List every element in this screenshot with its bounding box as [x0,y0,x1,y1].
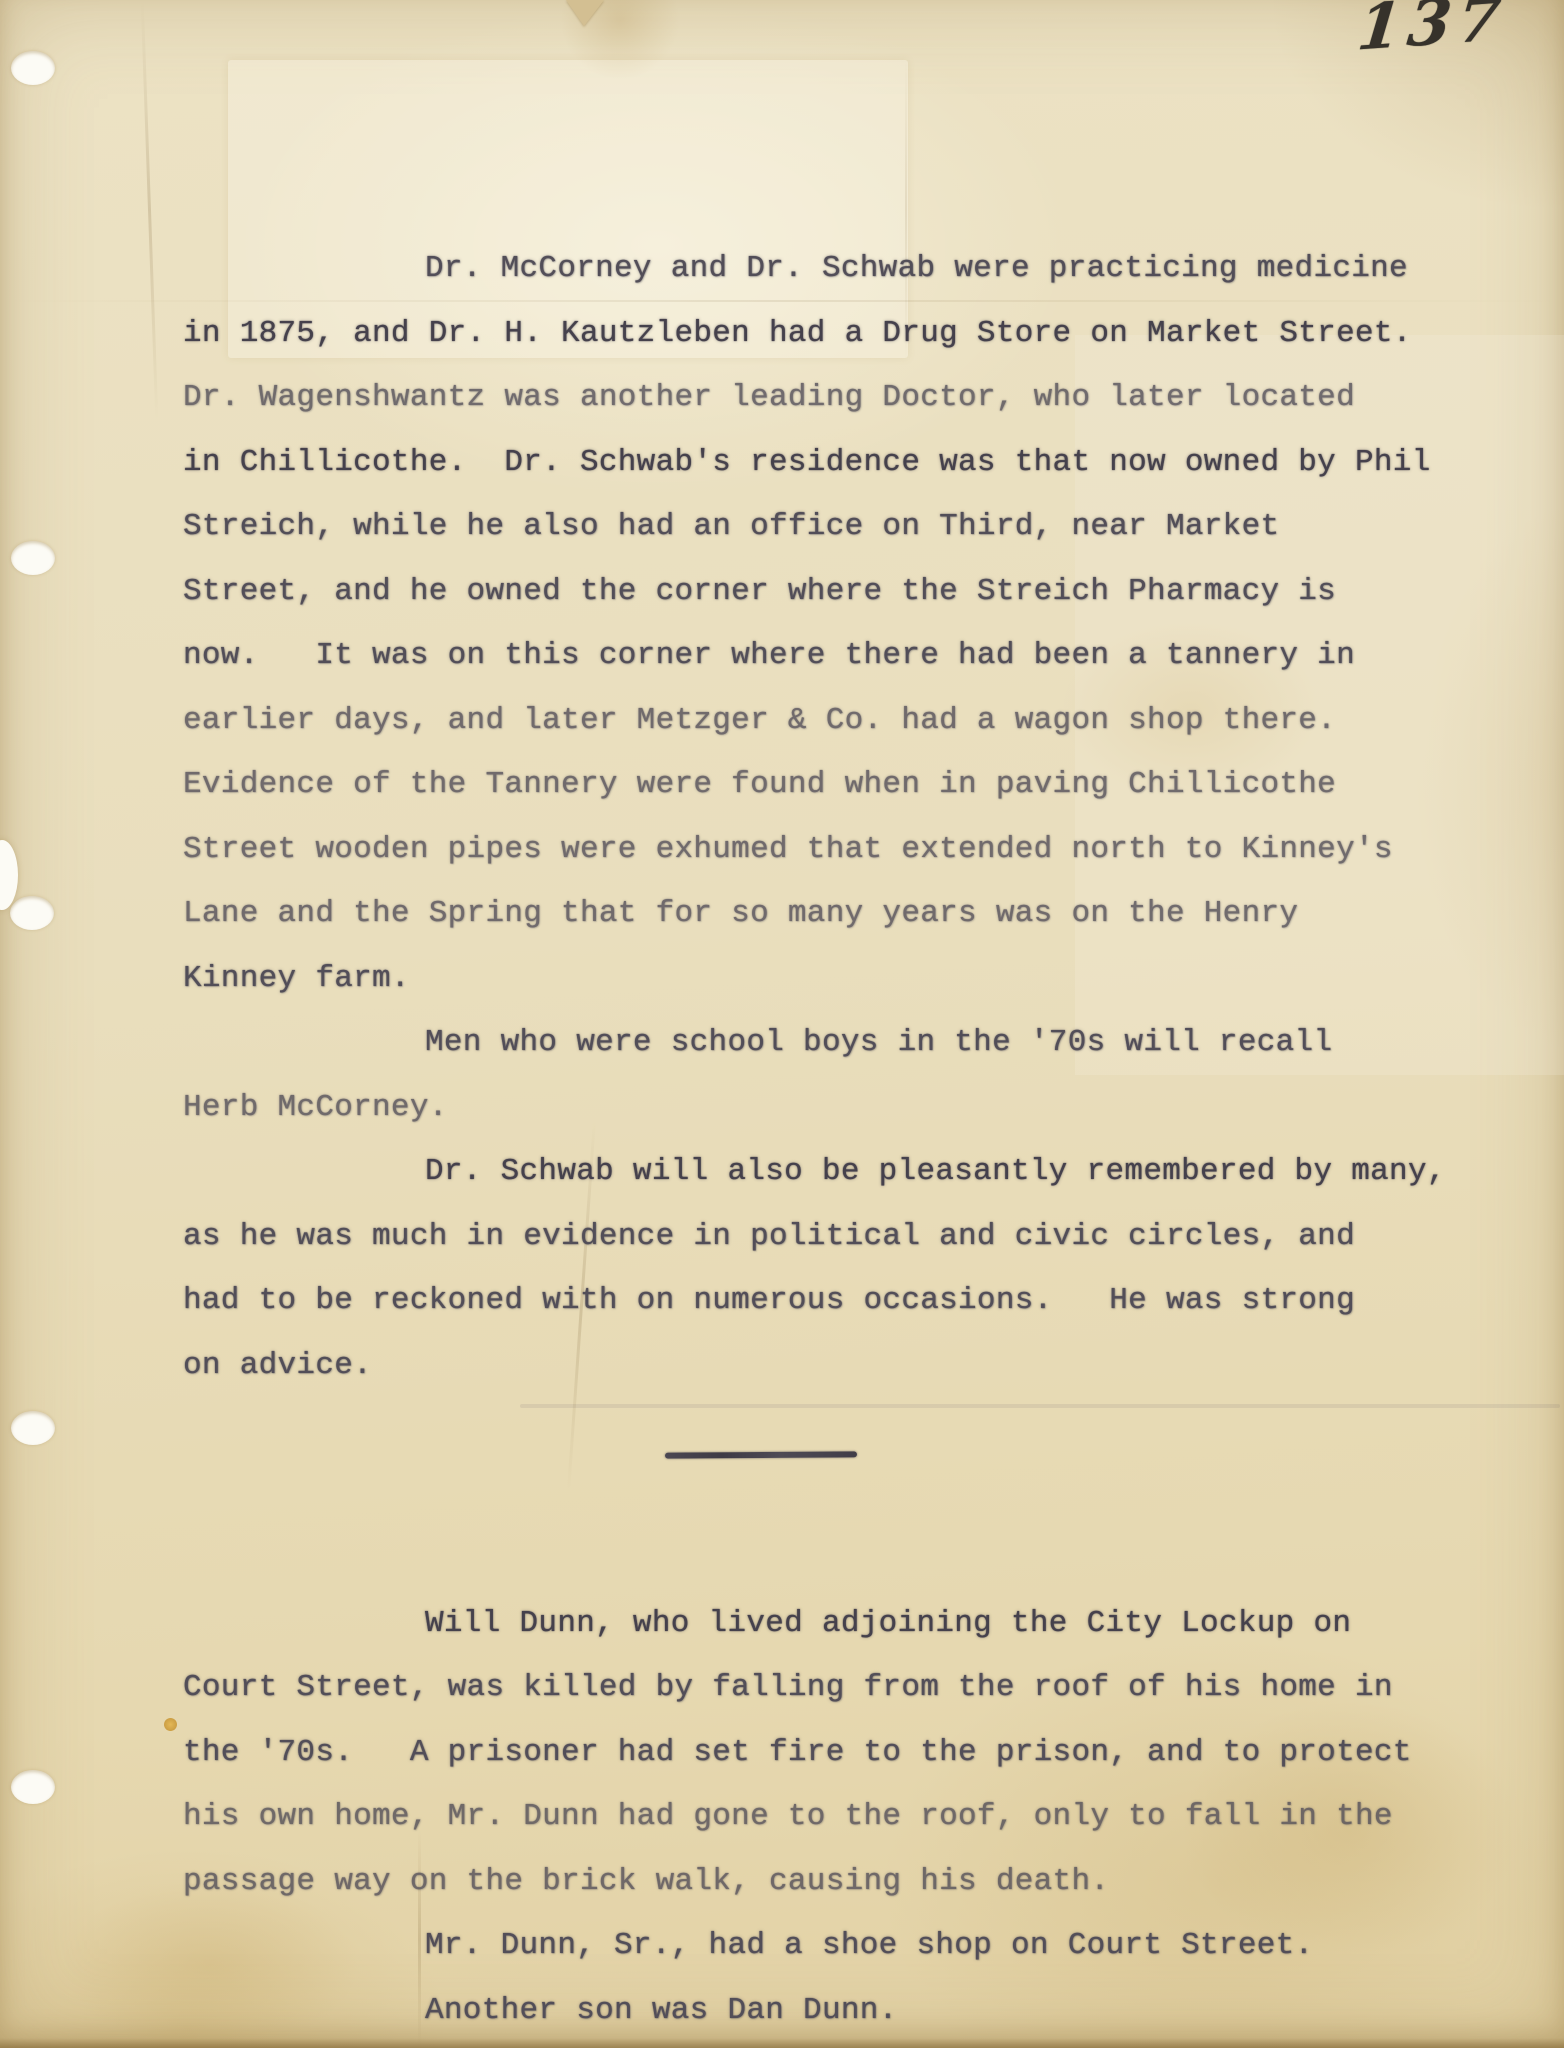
typed-line: Evidence of the Tannery were found when … [183,753,1523,818]
punch-hole [11,1411,55,1445]
ink-bleed-line [520,1404,1560,1408]
typed-line: Kinney farm. [183,947,1523,1012]
typed-line: Streich, while he also had an office on … [183,495,1523,560]
typed-line: Dr. McCorney and Dr. Schwab were practic… [183,237,1523,302]
page-number: 137 [1354,0,1512,65]
typed-line: Another son was Dan Dunn. [183,1979,1523,2044]
typed-line: Mr. Dunn, Sr., had a shoe shop on Court … [183,1914,1523,1979]
typed-line: as he was much in evidence in political … [183,1205,1523,1270]
punch-hole [10,896,54,930]
typed-line: Street, and he owned the corner where th… [183,560,1523,625]
typed-line: in Chillicothe. Dr. Schwab's residence w… [183,431,1523,496]
typed-line: Dr. Schwab will also be pleasantly remem… [183,1140,1523,1205]
typed-line: Court Street, was killed by falling from… [183,1656,1523,1721]
typed-line: earlier days, and later Metzger & Co. ha… [183,689,1523,754]
typed-line: had to be reckoned with on numerous occa… [183,1269,1523,1334]
paper-edge-tear [0,840,18,910]
typed-line: passage way on the brick walk, causing h… [183,1850,1523,1915]
stain-dot [164,1718,177,1731]
punch-hole [11,1770,55,1804]
punch-hole [11,541,55,575]
typed-line: Dr. Wagenshwantz was another leading Doc… [183,366,1523,431]
section-gap [183,1398,1523,1592]
typed-line: his own home, Mr. Dunn had gone to the r… [183,1785,1523,1850]
paper-crease [141,0,159,420]
punch-hole [11,51,55,85]
typed-line: Herb McCorney. [183,1076,1523,1141]
typed-line: on advice. [183,1334,1523,1399]
typed-line: now. It was on this corner where there h… [183,624,1523,689]
typed-line: Lane and the Spring that for so many yea… [183,882,1523,947]
paper-tear-notch [566,0,604,26]
typed-line: Street wooden pipes were exhumed that ex… [183,818,1523,883]
typed-line: Men who were school boys in the '70s wil… [183,1011,1523,1076]
document-page: 137 Dr. McCorney and Dr. Schwab were pra… [0,0,1564,2048]
typed-text-block: Dr. McCorney and Dr. Schwab were practic… [183,237,1523,2043]
typed-line: Will Dunn, who lived adjoining the City … [183,1592,1523,1657]
typed-line: in 1875, and Dr. H. Kautzleben had a Dru… [183,302,1523,367]
typed-line: the '70s. A prisoner had set fire to the… [183,1721,1523,1786]
